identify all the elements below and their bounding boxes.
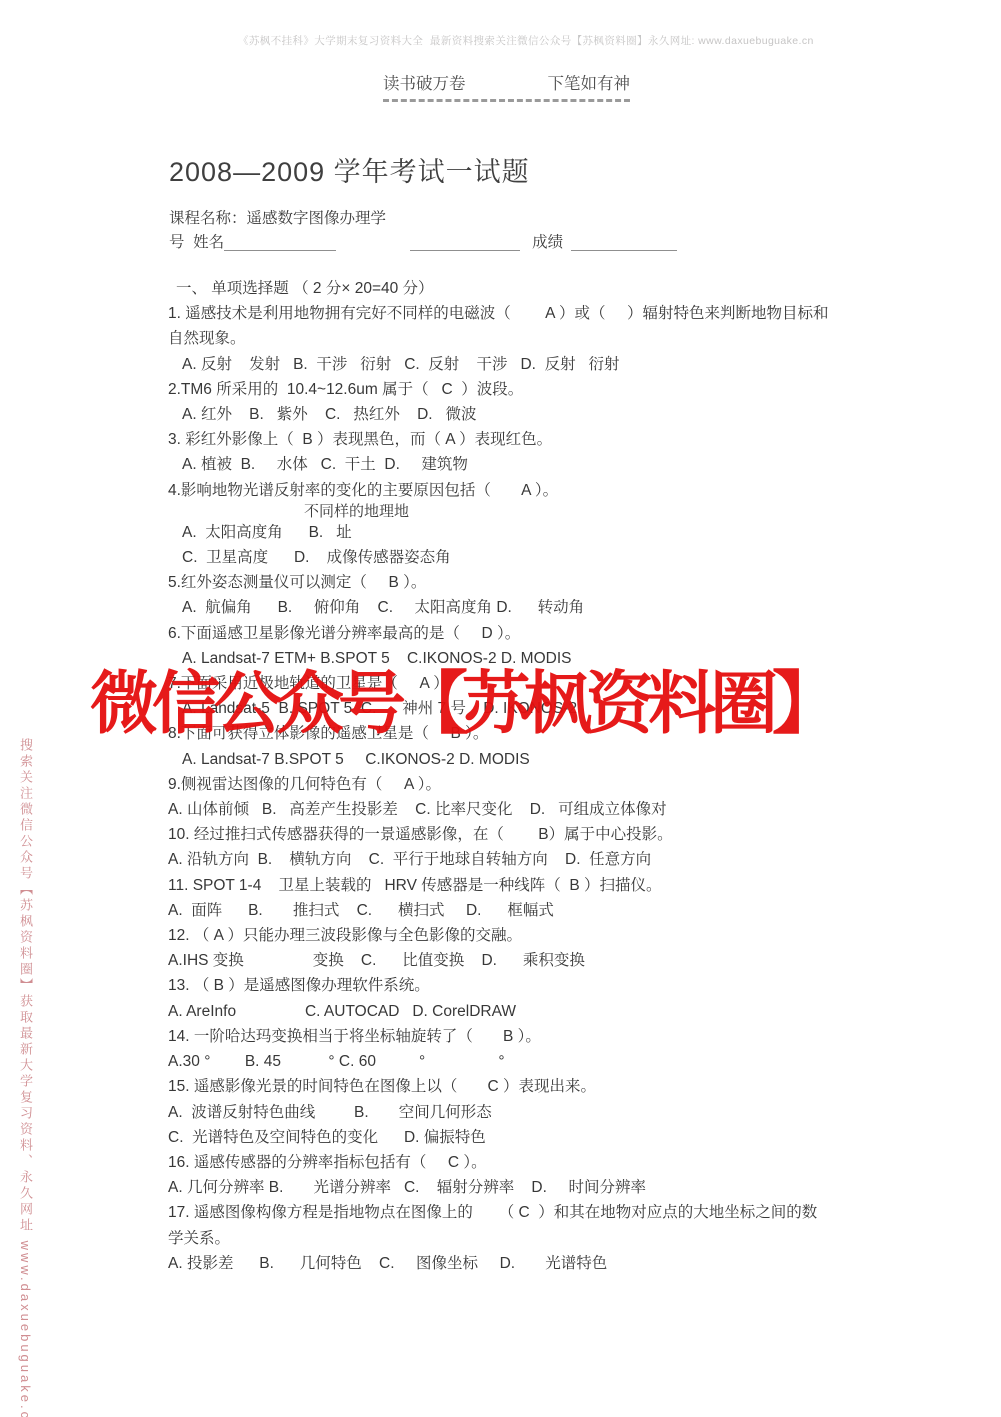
exam-line: A. 航偏角 B. 俯仰角 C. 太阳高度角 D. 转动角 — [168, 595, 878, 620]
exam-line: 17. 遥感图像构像方程是指地物点在图像上的 （ C ）和其在地物对应点的大地坐… — [168, 1200, 878, 1225]
exam-line: A. 沿轨方向 B. 横轨方向 C. 平行于地球自转轴方向 D. 任意方向 — [168, 847, 878, 872]
motto-banner: 读书破万卷 下笔如有神 — [383, 70, 630, 102]
exam-line: 10. 经过推扫式传感器获得的一景遥感影像，在（ B）属于中心投影。 — [168, 822, 878, 847]
exam-line: 3. 彩红外影像上（ B ）表现黑色，而（ A ）表现红色。 — [168, 427, 878, 452]
exam-line: 14. 一阶哈达玛变换相当于将坐标轴旋转了（ B ）。 — [168, 1024, 878, 1049]
exam-line: A.30 ° B. 45 ° C. 60 ° ° — [168, 1049, 878, 1074]
exam-line: 15. 遥感影像光景的时间特色在图像上以（ C ）表现出来。 — [168, 1074, 878, 1099]
vertical-promo-text: 搜索关注微信公众号【苏枫资料圈】获取最新大学复习资料、永久网址 www.daxu… — [16, 738, 35, 1378]
exam-line: A. 植被 B. 水体 C. 干土 D. 建筑物 — [168, 452, 878, 477]
red-watermark-text: 微信公众号【苏枫资料圈】 — [90, 650, 834, 747]
exam-line: A.IHS 变换 变换 C. 比值变换 D. 乘积变换 — [168, 948, 878, 973]
exam-line: 2.TM6 所采用的 10.4~12.6um 属于（ C ）波段。 — [168, 377, 878, 402]
score-blank-field — [571, 234, 677, 251]
exam-line: A. 红外 B. 紫外 C. 热红外 D. 微波 — [168, 402, 878, 427]
exam-line: 1. 遥感技术是利用地物拥有完好不同样的电磁波（ A ）或（ ）辐射特色来判断地… — [168, 301, 878, 326]
exam-line: A. Landsat-7 B.SPOT 5 C.IKONOS-2 D. MODI… — [168, 747, 878, 772]
page-title: 2008—2009 学年考试一试题 — [169, 150, 530, 189]
exam-line: 不同样的地理地 — [168, 503, 878, 520]
exam-line: A. 面阵 B. 推扫式 C. 横扫式 D. 框幅式 — [168, 898, 878, 923]
exam-line: 4.影响地物光谱反射率的变化的主要原因包括（ A ）。 — [168, 478, 878, 503]
exam-line: 学关系。 — [168, 1226, 878, 1251]
exam-line: 自然现象。 — [168, 326, 878, 351]
number-name-label: 号 姓名 — [169, 234, 224, 251]
exam-line: A. 太阳高度角 B. 址 — [168, 520, 878, 545]
exam-line: C. 卫星高度 D. 成像传感器姿态角 — [168, 545, 878, 570]
promo-header-text: 《苏枫不挂科》大学期末复习资料大全 最新资料搜索关注微信公众号【苏枫资料圈】永久… — [238, 33, 814, 48]
exam-line: C. 光谱特色及空间特色的变化 D. 偏振特色 — [168, 1125, 878, 1150]
exam-line: 9.侧视雷达图像的几何特色有（ A ）。 — [168, 772, 878, 797]
exam-body: 一、 单项选择题 （ 2 分× 20=40 分）1. 遥感技术是利用地物拥有完好… — [168, 276, 878, 1276]
exam-line: A. 几何分辨率 B. 光谱分辨率 C. 辐射分辨率 D. 时间分辨率 — [168, 1175, 878, 1200]
exam-line: A. 投影差 B. 几何特色 C. 图像坐标 D. 光谱特色 — [168, 1251, 878, 1276]
score-label: 成绩 — [532, 234, 563, 251]
name-blank-field — [224, 234, 336, 251]
exam-line: 12. （ A ）只能办理三波段影像与全色影像的交融。 — [168, 923, 878, 948]
exam-line: 6.下面遥感卫星影像光谱分辨率最高的是（ D ）。 — [168, 621, 878, 646]
middle-blank-field — [410, 234, 520, 251]
exam-line: A. 反射 发射 B. 干涉 衍射 C. 反射 干涉 D. 反射 衍射 — [168, 352, 878, 377]
exam-line: 16. 遥感传感器的分辨率指标包括有（ C ）。 — [168, 1150, 878, 1175]
motto-right-text: 下笔如有神 — [548, 70, 631, 94]
exam-line: A. 山体前倾 B. 高差产生投影差 C. 比率尺变化 D. 可组成立体像对 — [168, 797, 878, 822]
exam-line: A. 波谱反射特色曲线 B. 空间几何形态 — [168, 1100, 878, 1125]
course-name-line: 课程名称：遥感数字图像办理学 — [169, 206, 386, 228]
exam-line: A. AreInfo C. AUTOCAD D. CorelDRAW — [168, 999, 878, 1024]
exam-line: 一、 单项选择题 （ 2 分× 20=40 分） — [168, 276, 878, 301]
motto-left-text: 读书破万卷 — [383, 70, 466, 94]
student-info-line: 号 姓名成绩 — [169, 230, 677, 252]
exam-document-page: 《苏枫不挂科》大学期末复习资料大全 最新资料搜索关注微信公众号【苏枫资料圈】永久… — [0, 0, 1001, 1417]
exam-line: 13. （ B ）是遥感图像办理软件系统。 — [168, 973, 878, 998]
exam-line: 11. SPOT 1-4 卫星上装载的 HRV 传感器是一种线阵（ B ）扫描仪… — [168, 873, 878, 898]
exam-line: 5.红外姿态测量仪可以测定（ B ）。 — [168, 570, 878, 595]
